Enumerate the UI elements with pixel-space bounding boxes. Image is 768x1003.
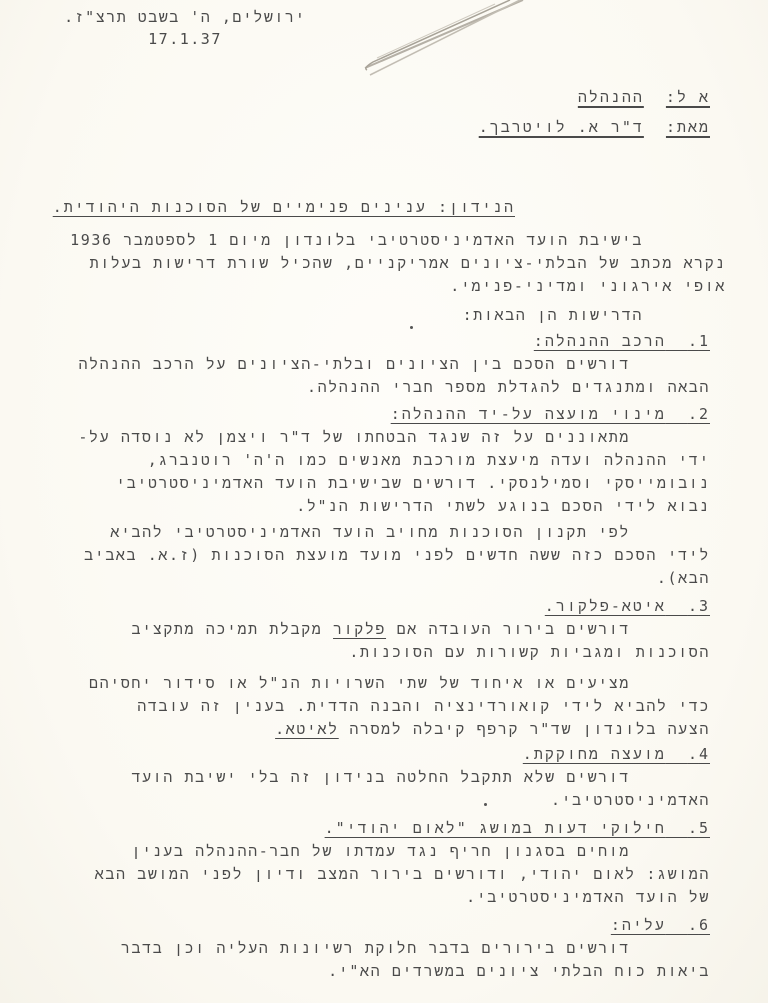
body-line: האדמיניסטרטיבי. [131, 789, 710, 812]
section-4-heading: 4. מועצה מחוקקת. [523, 745, 710, 764]
from-label: מאת: [666, 118, 710, 136]
to-label: א ל: [666, 88, 710, 106]
body-line: ידי ההנהלה ועדה מיעצת מורכבת מאנשים כמו … [78, 449, 710, 472]
section-2-heading: 2. מינוי מועצה על-יד ההנהלה: [391, 405, 710, 424]
body-line: דורשים בירור העובדה אם פלקור מקבלת תמיכה… [132, 618, 710, 641]
body-line: נובומייסקי וסמילנסקי. דורשים שבישיבת הוע… [78, 472, 710, 495]
body-line: דורשים הסכם בין הציונים ובלתי-הציונים על… [78, 353, 710, 376]
section-number: 4. [688, 745, 710, 763]
section-number: 2. [688, 405, 710, 423]
body-line: מתאוננים על זה שנגד הבטחתו של ד"ר ויצמן … [78, 426, 710, 449]
body-line: הבא). [84, 567, 710, 590]
section-title: עליה: [611, 916, 666, 934]
section-title: מועצה מחוקקת. [523, 745, 666, 763]
section-title: איטא-פלקור. [545, 597, 666, 615]
section-6-body: דורשים בירורים בדבר חלוקת רשיונות העליה … [121, 937, 710, 983]
pencil-stroke-mark [355, 0, 525, 80]
body-line: נבוא לידי הסכם בנוגע לשתי הדרישות הנ"ל. [78, 495, 710, 518]
place-date-hebrew: ירושלים, ה' בשבט תרצ"ז. [40, 6, 330, 28]
section-2-body-2: לפי תקנון הסוכנות מחויב הועד האדמיניסטרט… [84, 521, 710, 590]
underlined-word: פלקור [333, 620, 386, 638]
section-5-body: מוחים בסגנון חריף נגד עמדתו של חבר-ההנהל… [95, 840, 710, 909]
underlined-word: לאיטא. [275, 720, 339, 738]
section-3-heading: 3. איטא-פלקור. [545, 597, 710, 616]
section-number: 5. [688, 819, 710, 837]
subject-line: הנידון: ענינים פנימיים של הסוכנות היהודי… [53, 198, 515, 217]
body-line: הבאה ומתנגדים להגדלת מספר חברי ההנהלה. [78, 376, 710, 399]
section-title: חילוקי דעות במושג "לאום יהודי". [325, 819, 666, 837]
section-2-body: מתאוננים על זה שנגד הבטחתו של ד"ר ויצמן … [78, 426, 710, 518]
body-line: לידי הסכם כזה ששה חדשים לפני מועד מועצת … [84, 544, 710, 567]
body-line: דורשים בירורים בדבר חלוקת רשיונות העליה … [121, 937, 710, 960]
header-date-block: ירושלים, ה' בשבט תרצ"ז. 17.1.37 [40, 6, 330, 50]
intro-line: בישיבת הועד האדמיניסטרטיבי בלונדון מיום … [70, 229, 726, 252]
date-numeric: 17.1.37 [40, 28, 330, 50]
body-line: מציעים או איחוד של שתי השרויות הנ"ל או ס… [89, 672, 710, 695]
from-value: ד"ר א. לויטרבך. [479, 118, 644, 136]
body-line: דורשים שלא תתקבל החלטה בנידון זה בלי ישי… [131, 766, 710, 789]
section-number: 1. [688, 332, 710, 350]
body-line: ביאות כוח הבלתי ציונים במשרדים הא"י. [121, 960, 710, 983]
paper-speck [410, 326, 413, 329]
body-line: הצעה בלונדון שד"ר קרפף קיבלה למסרה לאיטא… [89, 718, 710, 741]
section-title: מינוי מועצה על-יד ההנהלה: [391, 405, 666, 423]
section-4-body: דורשים שלא תתקבל החלטה בנידון זה בלי ישי… [131, 766, 710, 812]
section-3-body-2: מציעים או איחוד של שתי השרויות הנ"ל או ס… [89, 672, 710, 741]
section-number: 6. [688, 916, 710, 934]
section-number: 3. [688, 597, 710, 615]
section-1-heading: 1. הרכב ההנהלה: [534, 332, 710, 351]
body-line: המושג: לאום יהודי, ודורשים בירור המצב וד… [95, 863, 710, 886]
body-line: כדי להביא לידי קואורדינציה והבנה הדדית. … [89, 695, 710, 718]
from-line: מאת: ד"ר א. לויטרבך. [479, 118, 710, 137]
section-6-heading: 6. עליה: [611, 916, 710, 935]
section-5-heading: 5. חילוקי דעות במושג "לאום יהודי". [325, 819, 710, 838]
document-page: ירושלים, ה' בשבט תרצ"ז. 17.1.37 א ל: ההנ… [0, 0, 768, 1003]
section-1-body: דורשים הסכם בין הציונים ובלתי-הציונים על… [78, 353, 710, 399]
to-value: ההנהלה [578, 88, 644, 106]
body-line: מוחים בסגנון חריף נגד עמדתו של חבר-ההנהל… [95, 840, 710, 863]
section-3-body: דורשים בירור העובדה אם פלקור מקבלת תמיכה… [132, 618, 710, 664]
body-line: של הועד האדמיניסטרטיבי. [95, 886, 710, 909]
section-title: הרכב ההנהלה: [534, 332, 666, 350]
to-line: א ל: ההנהלה [578, 88, 710, 107]
demands-intro: הדרישות הן הבאות: [463, 304, 643, 327]
intro-line: נקרא מכתב של הבלתי-ציונים אמריקניים, שהכ… [70, 252, 726, 275]
paper-speck [484, 803, 487, 806]
body-line: הסוכנות ומגביות קשורות עם הסוכנות. [132, 641, 710, 664]
intro-line: אופי אירגוני ומדיני-פנימי. [70, 275, 726, 298]
body-line: לפי תקנון הסוכנות מחויב הועד האדמיניסטרט… [84, 521, 710, 544]
intro-paragraph: בישיבת הועד האדמיניסטרטיבי בלונדון מיום … [70, 229, 726, 298]
